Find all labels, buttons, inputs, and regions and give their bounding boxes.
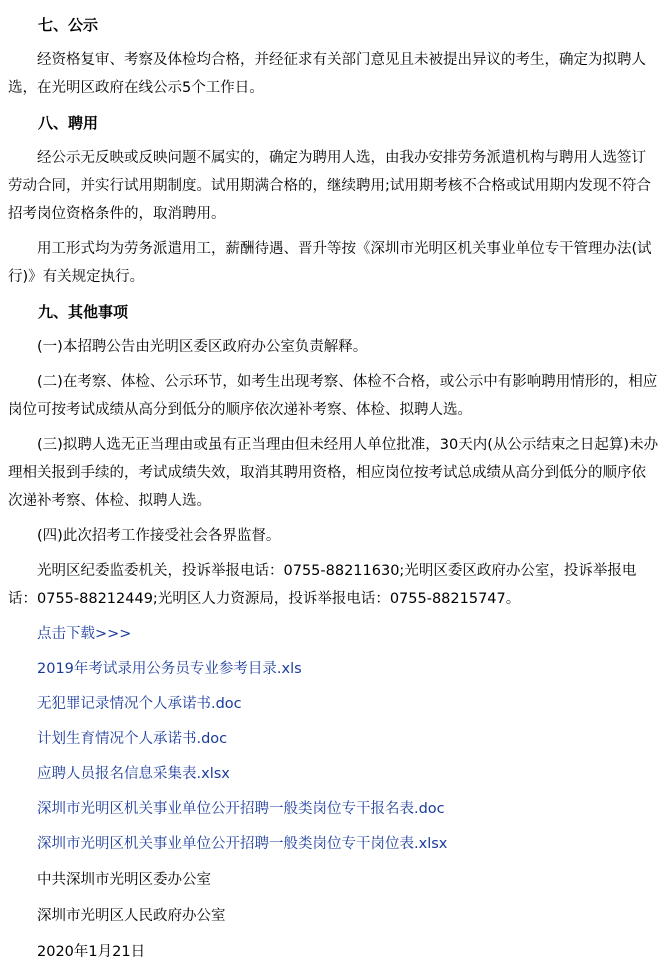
paragraph-other-3-registration: (三)拟聘人选无正当理由或虽有正当理由但未经用人单位批准，30天内(从公示结束之… bbox=[8, 431, 659, 515]
paragraph-other-4-supervision: (四)此次招考工作接受社会各界监督。 bbox=[8, 522, 659, 550]
paragraph-other-1-interpretation: (一)本招聘公告由光明区委区政府办公室负责解释。 bbox=[8, 333, 659, 361]
attachment-link-no-criminal-record-commitment-doc[interactable]: 无犯罪记录情况个人承诺书.doc bbox=[37, 696, 242, 712]
paragraph-employment-terms: 经公示无反映或反映问题不属实的，确定为聘用人选，由我办安排劳务派遣机构与聘用人选… bbox=[8, 144, 659, 228]
signature-block: 中共深圳市光明区委办公室 深圳市光明区人民政府办公室 2020年1月21日 bbox=[8, 866, 659, 960]
attachment-row: 应聘人员报名信息采集表.xlsx bbox=[8, 760, 659, 788]
attachment-link-family-planning-commitment-doc[interactable]: 计划生育情况个人承诺书.doc bbox=[37, 731, 227, 747]
section-heading-employment: 八、聘用 bbox=[8, 109, 659, 137]
section-heading-publicity: 七、公示 bbox=[8, 11, 659, 39]
attachment-link-position-table-xlsx[interactable]: 深圳市光明区机关事业单位公开招聘一般类岗位专干岗位表.xlsx bbox=[37, 836, 447, 852]
attachment-row: 深圳市光明区机关事业单位公开招聘一般类岗位专干岗位表.xlsx bbox=[8, 830, 659, 858]
signature-org-party-office: 中共深圳市光明区委办公室 bbox=[8, 866, 659, 894]
signature-org-government-office: 深圳市光明区人民政府办公室 bbox=[8, 902, 659, 930]
attachment-row: 深圳市光明区机关事业单位公开招聘一般类岗位专干报名表.doc bbox=[8, 795, 659, 823]
paragraph-other-2-replacement: (二)在考察、体检、公示环节，如考生出现考察、体检不合格，或公示中有影响聘用情形… bbox=[8, 368, 659, 424]
download-prompt-label: 点击下载>>> bbox=[8, 620, 659, 648]
paragraph-publicity: 经资格复审、考察及体检均合格，并经征求有关部门意见且未被提出异议的考生，确定为拟… bbox=[8, 46, 659, 102]
attachment-row: 计划生育情况个人承诺书.doc bbox=[8, 725, 659, 753]
paragraph-employment-dispatch: 用工形式均为劳务派遣用工，薪酬待遇、晋升等按《深圳市光明区机关事业单位专干管理办… bbox=[8, 235, 659, 291]
attachment-row: 无犯罪记录情况个人承诺书.doc bbox=[8, 690, 659, 718]
section-heading-other-matters: 九、其他事项 bbox=[8, 298, 659, 326]
attachment-row: 2019年考试录用公务员专业参考目录.xls bbox=[8, 655, 659, 683]
paragraph-complaint-hotlines: 光明区纪委监委机关，投诉举报电话：0755-88211630;光明区委区政府办公… bbox=[8, 557, 659, 613]
attachment-link-applicant-info-form-xlsx[interactable]: 应聘人员报名信息采集表.xlsx bbox=[37, 766, 230, 782]
attachment-link-application-form-doc[interactable]: 深圳市光明区机关事业单位公开招聘一般类岗位专干报名表.doc bbox=[37, 801, 445, 817]
attachment-link-civil-servant-major-catalog-xls[interactable]: 2019年考试录用公务员专业参考目录.xls bbox=[37, 661, 302, 677]
announcement-document: 七、公示 经资格复审、考察及体检均合格，并经征求有关部门意见且未被提出异议的考生… bbox=[0, 0, 667, 960]
signature-date: 2020年1月21日 bbox=[8, 938, 659, 960]
